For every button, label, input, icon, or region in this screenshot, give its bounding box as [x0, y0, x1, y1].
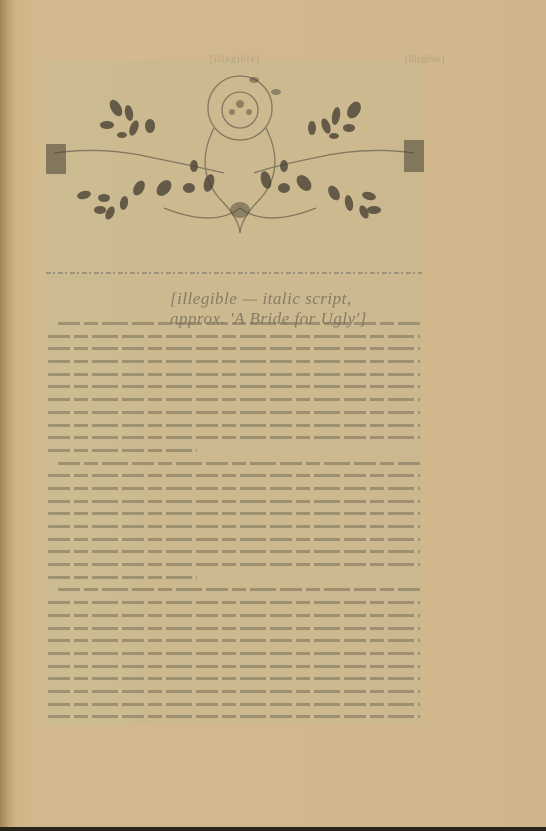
body-text-illegible: [48, 322, 420, 728]
text-line: [48, 715, 420, 718]
book-page: [illegible] [illegible]: [0, 0, 546, 831]
page-bottom-edge: [0, 827, 546, 831]
section-divider-rule: [46, 272, 422, 274]
text-line: [48, 487, 420, 490]
text-line: [48, 538, 420, 541]
text-line: [48, 373, 420, 376]
text-line: [48, 436, 420, 439]
page-gutter: [0, 0, 14, 831]
floral-vignette-ornament-icon: [44, 58, 424, 248]
text-line: [48, 424, 420, 427]
text-line: [48, 385, 420, 388]
text-line: [48, 347, 420, 350]
text-line: [48, 652, 420, 655]
text-line: [48, 677, 420, 680]
text-line: [48, 550, 420, 553]
text-line: [48, 398, 420, 401]
text-line: [58, 322, 420, 325]
text-line: [48, 627, 420, 630]
text-line: [58, 588, 420, 591]
text-line: [48, 614, 420, 617]
text-line: [48, 639, 420, 642]
text-line: [48, 474, 420, 477]
text-line: [48, 703, 420, 706]
text-line: [48, 335, 420, 338]
text-line: [48, 563, 420, 566]
text-line: [48, 449, 197, 452]
text-line: [48, 360, 420, 363]
text-line: [48, 525, 420, 528]
text-line: [48, 665, 420, 668]
text-line: [48, 601, 420, 604]
text-line: [48, 690, 420, 693]
text-line: [48, 576, 197, 579]
text-line: [48, 411, 420, 414]
text-line: [48, 512, 420, 515]
text-line: [48, 500, 420, 503]
text-line: [58, 462, 420, 465]
